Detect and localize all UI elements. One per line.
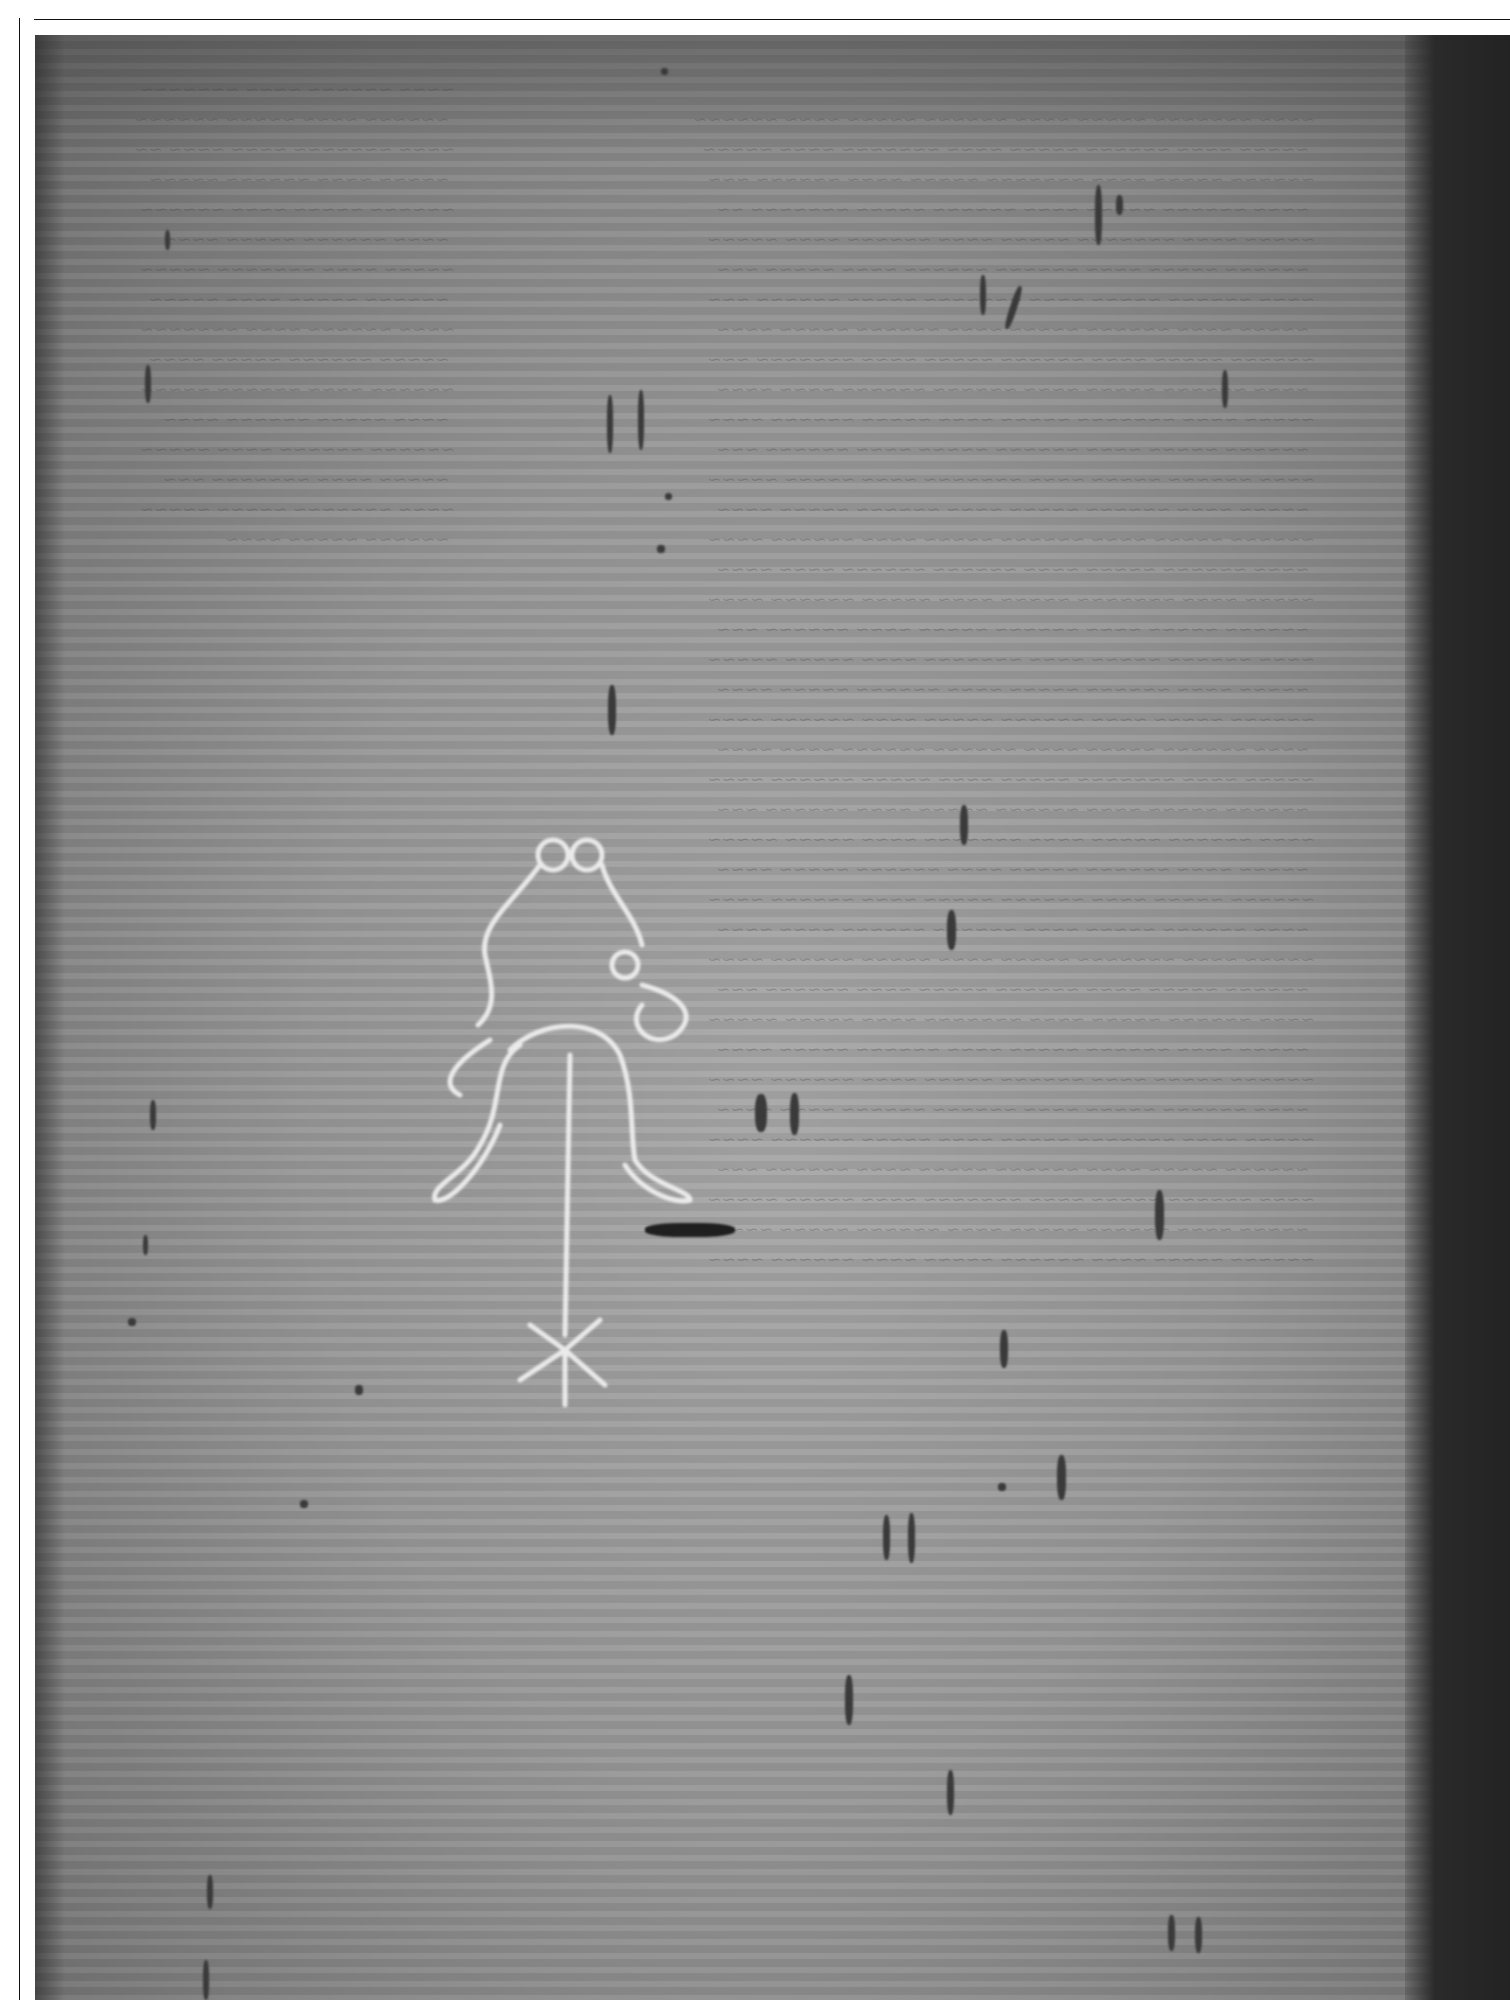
ink-stroke: [908, 1513, 915, 1563]
ink-stroke: [1195, 1917, 1202, 1953]
ink-stroke: [143, 1235, 148, 1255]
ink-dot: [355, 1385, 363, 1395]
ink-stroke: [607, 395, 613, 453]
ink-dot: [657, 545, 665, 553]
ruler-top: [0, 0, 1510, 34]
ink-stroke: [165, 230, 170, 250]
watermark-bull-head-icon: [390, 805, 710, 1425]
ruler-baseline: [18, 19, 1510, 20]
ink-stroke: [980, 275, 986, 315]
ink-stroke: [145, 365, 151, 403]
ink-stroke: [1222, 370, 1228, 408]
ink-dot: [128, 1318, 136, 1326]
ink-stroke: [150, 1100, 156, 1130]
ink-dot: [661, 68, 668, 75]
ruler-baseline: [19, 18, 20, 2000]
ink-stroke: [1155, 1190, 1164, 1240]
ink-dot: [300, 1500, 308, 1508]
ink-stroke: [845, 1675, 853, 1725]
ink-dot: [998, 1483, 1006, 1491]
ink-stroke: [947, 1770, 954, 1815]
ink-stroke: [790, 1093, 799, 1135]
ink-stroke: [1116, 195, 1123, 215]
ink-stroke: [638, 390, 644, 450]
ink-stroke: [1168, 1915, 1175, 1951]
ink-stroke: [1000, 1330, 1008, 1368]
ink-dot: [665, 493, 672, 500]
ink-stroke: [960, 805, 968, 845]
ink-stroke: [207, 1875, 213, 1909]
page-gutter-shadow: [1405, 35, 1510, 2000]
ink-stroke: [1095, 185, 1102, 245]
ink-stroke: [755, 1094, 767, 1132]
show-through-text: ~~~~ ~~~~~~ ~~~~ ~~~~~~~ ~~~~~~ ~~~~ ~~~…: [55, 45, 455, 665]
ruler-left: [0, 0, 34, 2000]
ink-stroke: [883, 1515, 890, 1560]
ink-stroke: [947, 910, 956, 950]
ink-stroke: [608, 685, 616, 735]
manuscript-scan: ~~~~ ~~~~~~ ~~~~ ~~~~~~~ ~~~~~~ ~~~~ ~~~…: [35, 35, 1510, 2000]
ink-stroke: [203, 1960, 209, 2000]
ink-stroke: [1057, 1455, 1066, 1500]
